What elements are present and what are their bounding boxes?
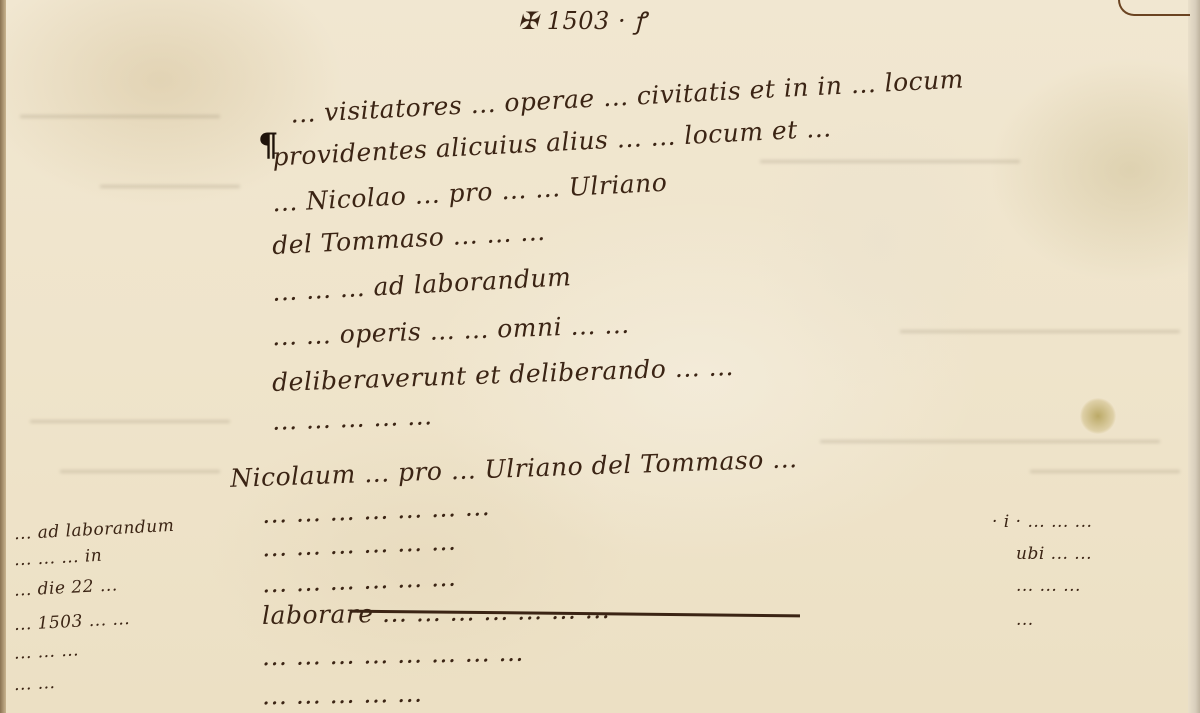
bleed-through-line [100,185,240,188]
text-line: ... ... ... ... ... [262,679,423,711]
page-left-edge [0,0,6,713]
page-right-edge [1188,0,1200,713]
margin-note-line: ... ... ... [14,640,80,663]
text-line: ... ... ... ... ... ... ... ... [262,638,524,672]
bleed-through-line [20,115,220,118]
margin-note-line: · i · ... ... ... [992,512,1092,532]
bleed-through-line [760,160,1020,163]
bleed-through-line [820,440,1160,443]
bleed-through-line [900,330,1180,333]
bleed-through-line [60,470,220,473]
corner-flourish [1118,0,1190,16]
margin-note-line: ... ... ... [1016,576,1081,596]
bleed-through-line [30,420,230,423]
bleed-through-line [1030,470,1180,473]
ink-stain [1080,398,1116,434]
margin-note-line: ... [1016,610,1034,630]
text-line: ... ... ... ... ... [272,401,433,436]
page-header-year: ✠ 1503 · ꝭ [518,4,646,37]
margin-note-line: ... ... [14,673,56,695]
margin-note-line: ubi ... ... [1016,544,1092,564]
